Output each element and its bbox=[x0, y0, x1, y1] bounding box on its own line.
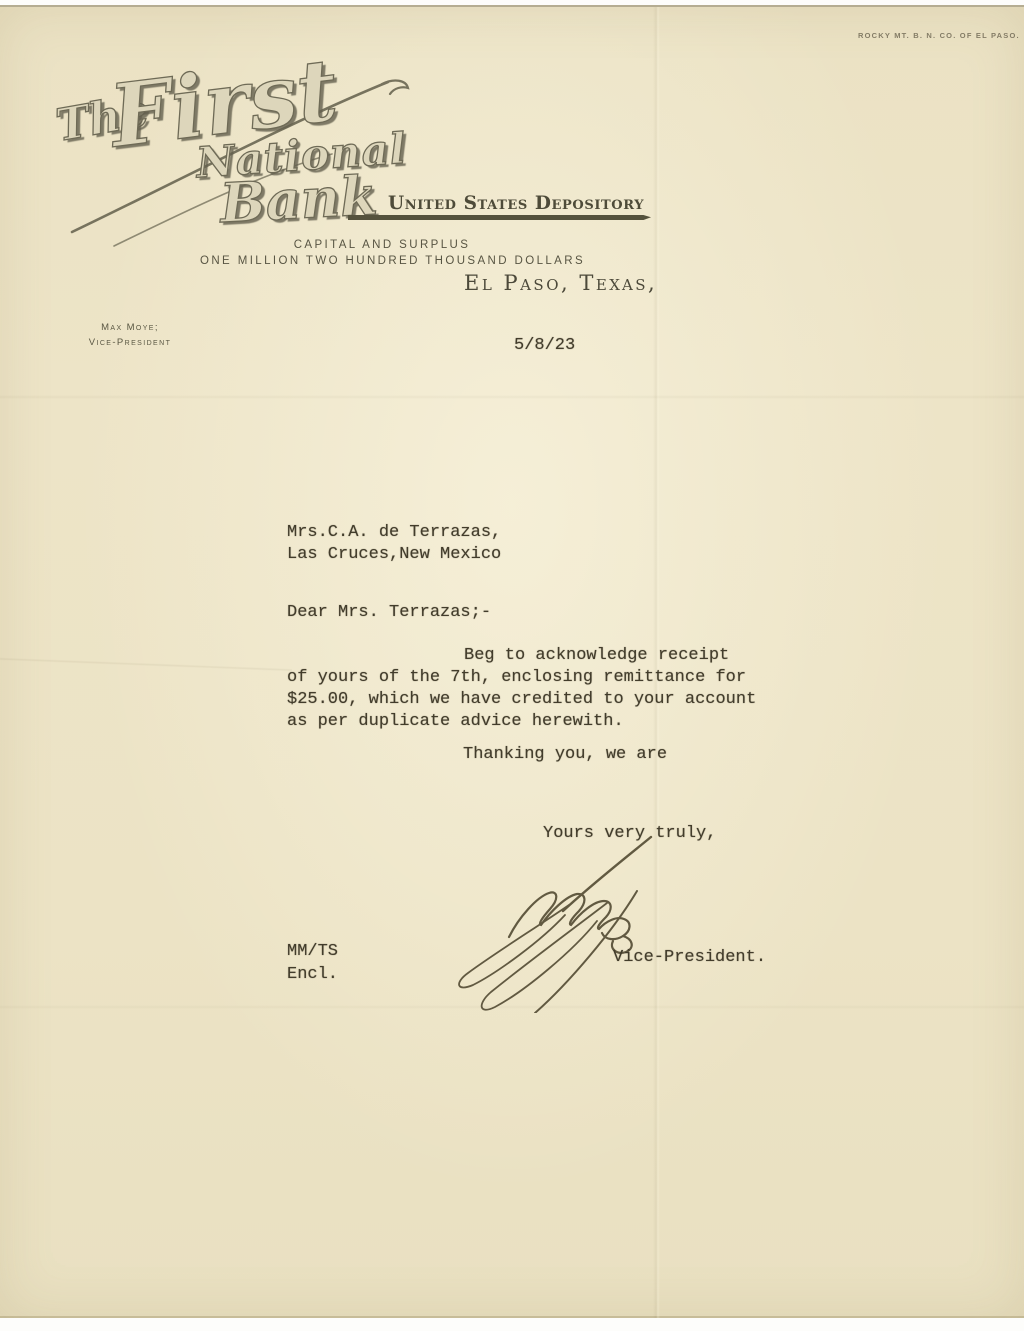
wrinkle-crease-left bbox=[0, 657, 292, 671]
officer-block: Max Moye; Vice-President bbox=[72, 320, 188, 350]
recipient-address-line: Las Cruces,New Mexico bbox=[287, 545, 501, 564]
capital-amount-line: ONE MILLION TWO HUNDRED THOUSAND DOLLARS bbox=[200, 253, 564, 269]
fold-crease-horizontal-top bbox=[0, 395, 1024, 399]
officer-name: Max Moye; bbox=[72, 320, 188, 335]
thanking-line: Thanking you, we are bbox=[463, 745, 667, 764]
city-line: El Paso, Texas, bbox=[464, 271, 657, 295]
depository-underline bbox=[348, 215, 651, 220]
recipient-name-line: Mrs.C.A. de Terrazas, bbox=[287, 523, 501, 542]
enclosure-notation: Encl. bbox=[287, 965, 338, 984]
logo-word-bank: Bank bbox=[218, 163, 378, 235]
body-line-4: as per duplicate advice herewith. bbox=[287, 712, 624, 731]
salutation: Dear Mrs. Terrazas;- bbox=[287, 603, 491, 622]
signer-title: Vice-President. bbox=[613, 948, 766, 967]
capital-surplus-line: CAPITAL AND SURPLUS bbox=[200, 237, 564, 253]
body-line-1: Beg to acknowledge receipt bbox=[464, 646, 729, 665]
body-line-3: $25.00, which we have credited to your a… bbox=[287, 690, 756, 709]
body-line-2: of yours of the 7th, enclosing remittanc… bbox=[287, 668, 746, 687]
capital-surplus-block: CAPITAL AND SURPLUS ONE MILLION TWO HUND… bbox=[200, 237, 564, 269]
officer-title: Vice-President bbox=[72, 335, 188, 350]
scanned-letter: ROCKY MT. B. N. CO. OF EL PASO. The Firs… bbox=[0, 0, 1024, 1331]
typist-initials: MM/TS bbox=[287, 942, 338, 961]
printer-mark: ROCKY MT. B. N. CO. OF EL PASO. bbox=[858, 31, 1020, 40]
signature bbox=[445, 833, 675, 1013]
depository-title: United States Depository bbox=[388, 193, 644, 214]
letter-date: 5/8/23 bbox=[514, 336, 575, 355]
letter-paper: ROCKY MT. B. N. CO. OF EL PASO. The Firs… bbox=[0, 5, 1024, 1318]
